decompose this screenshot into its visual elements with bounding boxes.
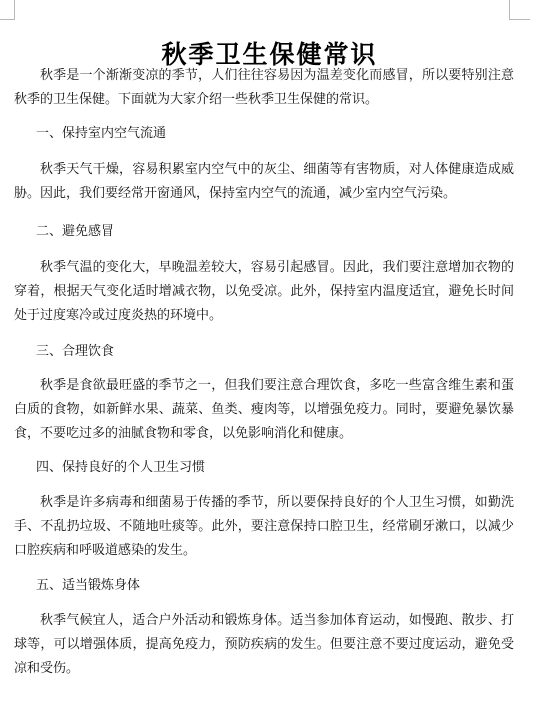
section-paragraph: 秋季是许多病毒和细菌易于传播的季节，所以要保持良好的个人卫生习惯，如勤洗手、不乱…	[14, 491, 514, 563]
page-corner-mark-top-right	[509, 0, 530, 20]
section-heading: 四、保持良好的个人卫生习惯	[14, 456, 514, 480]
section-3-body: 秋季是食欲最旺盛的季节之一，但我们要注意合理饮食，多吃一些富含维生素和蛋白质的食…	[14, 374, 514, 446]
section-paragraph: 秋季气温的变化大，早晚温差较大，容易引起感冒。因此，我们要注意增加衣物的穿着，根…	[14, 256, 514, 328]
section-heading: 一、保持室内空气流通	[14, 122, 514, 146]
section-4: 四、保持良好的个人卫生习惯	[14, 456, 514, 480]
section-3: 三、合理饮食	[14, 340, 514, 364]
section-paragraph: 秋季天气干燥，容易积累室内空气中的灰尘、细菌等有害物质，对人体健康造成威胁。因此…	[14, 158, 514, 206]
section-5: 五、适当锻炼身体	[14, 574, 514, 598]
section-4-body: 秋季是许多病毒和细菌易于传播的季节，所以要保持良好的个人卫生习惯，如勤洗手、不乱…	[14, 491, 514, 563]
page-corner-mark-top-left	[0, 0, 15, 20]
section-heading: 二、避免感冒	[14, 220, 514, 244]
section-1: 一、保持室内空气流通	[14, 122, 514, 146]
intro-block: 秋季是一个渐渐变凉的季节，人们往往容易因为温差变化而感冒，所以要特别注意秋季的卫…	[14, 64, 514, 112]
section-1-body: 秋季天气干燥，容易积累室内空气中的灰尘、细菌等有害物质，对人体健康造成威胁。因此…	[14, 158, 514, 206]
section-heading: 三、合理饮食	[14, 340, 514, 364]
section-2: 二、避免感冒	[14, 220, 514, 244]
section-5-body: 秋季气候宜人，适合户外活动和锻炼身体。适当参加体育运动，如慢跑、散步、打球等，可…	[14, 609, 514, 681]
section-paragraph: 秋季气候宜人，适合户外活动和锻炼身体。适当参加体育运动，如慢跑、散步、打球等，可…	[14, 609, 514, 681]
intro-paragraph: 秋季是一个渐渐变凉的季节，人们往往容易因为温差变化而感冒，所以要特别注意秋季的卫…	[14, 64, 514, 112]
section-heading: 五、适当锻炼身体	[14, 574, 514, 598]
section-paragraph: 秋季是食欲最旺盛的季节之一，但我们要注意合理饮食，多吃一些富含维生素和蛋白质的食…	[14, 374, 514, 446]
section-2-body: 秋季气温的变化大，早晚温差较大，容易引起感冒。因此，我们要注意增加衣物的穿着，根…	[14, 256, 514, 328]
